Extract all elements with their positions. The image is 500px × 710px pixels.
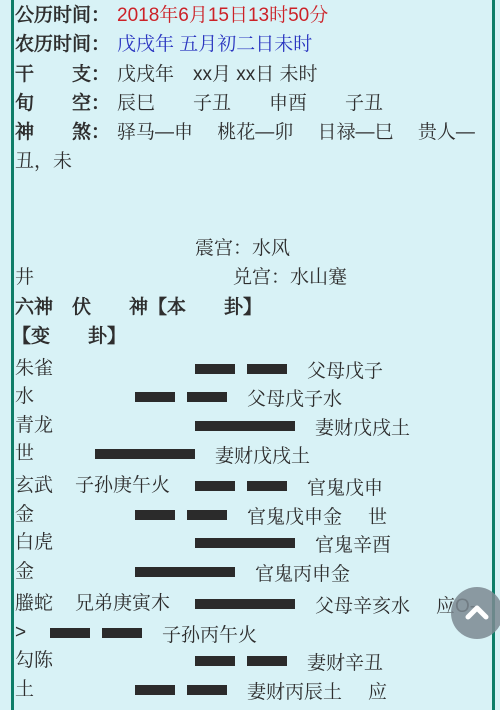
yin-line-bar: [135, 392, 227, 402]
hex-row: 金 官鬼戊申金 世: [0, 503, 500, 527]
hex-row: 世 妻财戊戌土: [0, 442, 500, 466]
yang-line-bar: [195, 421, 295, 431]
yao-text: 官鬼戊申: [307, 473, 383, 500]
yao-text: 妻财丙辰土: [247, 677, 342, 704]
table-header-line1: 六神 伏 神【本 卦】: [15, 296, 262, 320]
hex-row: 朱雀 父母戊子: [0, 357, 500, 381]
hex-row: 勾陈 妻财辛丑: [0, 649, 500, 673]
table-header-line2: 【变 卦】: [12, 325, 126, 349]
yang-line-bar: [95, 449, 195, 459]
hex-row: 螣蛇 兄弟庚寅木 父母辛亥水 应O-: [0, 592, 500, 616]
yao-text: 父母戊子水: [247, 384, 342, 411]
chevron-up-icon: [462, 602, 492, 624]
shensha-label: 神 煞：: [15, 121, 110, 145]
six-beast-label: 白虎: [15, 531, 53, 555]
yao-text: 妻财辛丑: [307, 648, 383, 675]
wrapped-label: 水: [15, 385, 34, 409]
lunar-time-label: 农历时间：: [15, 33, 110, 57]
yang-line-bar: [195, 599, 295, 609]
xunkong-label: 旬 空：: [15, 92, 110, 116]
yao-text: 官鬼戊申金: [247, 502, 342, 529]
solar-time-label: 公历时间：: [15, 4, 110, 28]
ganzhi-value: 戊戌年 xx月 xx日 未时: [117, 63, 318, 87]
main-palace: 震宫：水风: [195, 237, 290, 261]
shi-ying-marker: 世: [368, 502, 387, 529]
yang-line-bar: [195, 538, 295, 548]
hex-row: 水 父母戊子水: [0, 385, 500, 409]
six-beast-label: 勾陈: [15, 649, 53, 673]
hidden-spirit-label: 子孙庚午火: [75, 474, 170, 498]
yao-text: 父母戊子: [307, 356, 383, 383]
yao-text: 父母辛亥水: [315, 591, 410, 618]
wrapped-label: 金: [15, 560, 34, 584]
six-beast-label: 玄武: [15, 474, 53, 498]
yao-text: 子孙丙午火: [162, 620, 257, 647]
yin-line-bar: [195, 364, 287, 374]
yin-line-bar: [135, 510, 227, 520]
yin-line-bar: [195, 656, 287, 666]
yao-text: 妻财戊戌土: [215, 441, 310, 468]
hex-row: 金 官鬼丙申金: [0, 560, 500, 584]
yao-text: 妻财戊戌土: [315, 413, 410, 440]
hex-row: 青龙 妻财戊戌土: [0, 414, 500, 438]
wrapped-label: 金: [15, 503, 34, 527]
hex-row: 白虎 官鬼辛酉: [0, 531, 500, 555]
ganzhi-label: 干 支：: [15, 63, 110, 87]
yao-text: 官鬼辛酉: [315, 530, 391, 557]
six-beast-label: 青龙: [15, 414, 53, 438]
wrapped-arrow-label: >: [15, 621, 26, 645]
shi-ying-marker: 应: [368, 677, 387, 704]
liuyao-chart-page: { "colors": { "background": "#d8f2f6", "…: [0, 0, 500, 710]
hidden-spirit-label: 兄弟庚寅木: [75, 592, 170, 616]
lunar-time-value: 戊戌年 五月初二日未时: [117, 33, 312, 57]
yin-line-bar: [195, 481, 287, 491]
yin-line-bar: [135, 685, 227, 695]
wrapped-label: 土: [15, 678, 34, 702]
yang-line-bar: [135, 567, 235, 577]
solar-time-value: 2018年6月15日13时50分: [117, 4, 328, 28]
hex-row: 土 妻财丙辰土 应: [0, 678, 500, 702]
yin-line-bar: [50, 628, 142, 638]
xunkong-value: 辰巳 子丑 申酉 子丑: [117, 92, 383, 116]
hex-row: 玄武 子孙庚午火 官鬼戊申: [0, 474, 500, 498]
six-beast-label: 朱雀: [15, 357, 53, 381]
hex-row: > 子孙丙午火: [0, 621, 500, 645]
shensha-value: 驿马—申 桃花—卯 日禄—巳 贵人—: [117, 121, 475, 145]
back-to-top-button[interactable]: [451, 587, 500, 639]
shensha-value-wrapped: 丑，未: [15, 150, 72, 174]
changed-palace: 兑宫：水山蹇: [233, 266, 347, 290]
main-hexagram-wrapped: 井: [15, 266, 34, 290]
wrapped-label: 世: [15, 442, 34, 466]
six-beast-label: 螣蛇: [15, 592, 53, 616]
yao-text: 官鬼丙申金: [255, 559, 350, 586]
